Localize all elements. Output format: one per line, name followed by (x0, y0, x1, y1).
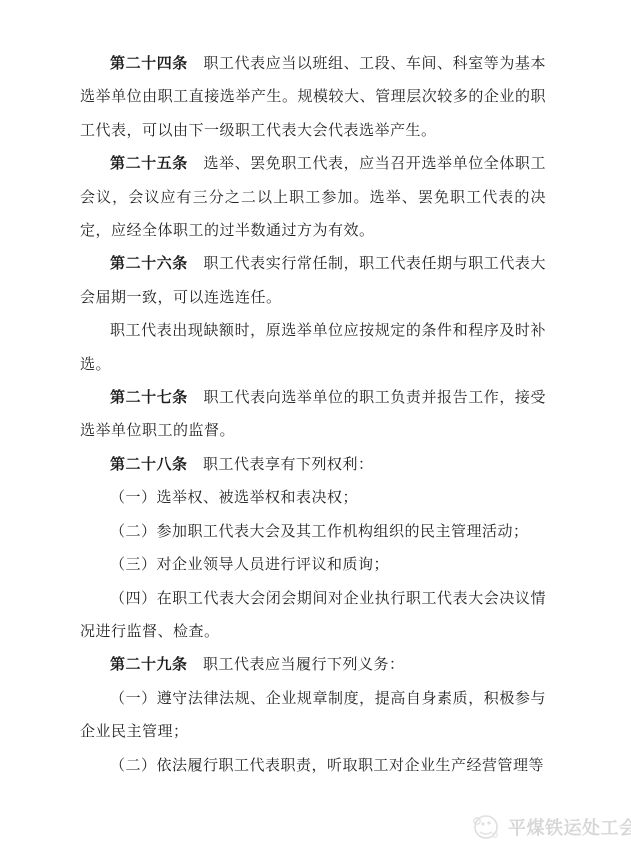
article-paragraph: 第二十六条 职工代表实行常任制，职工代表任期与职工代表大会届期一致，可以连选连任… (80, 248, 546, 315)
watermark: 平煤铁运处工会 (468, 810, 631, 844)
document-page: 第二十四条 职工代表应当以班组、工段、车间、科室等为基本选举单位由职工直接选举产… (0, 0, 631, 856)
paragraph: （二）依法履行职工代表职责，听取职工对企业生产经营管理等 (80, 750, 546, 783)
article-number: 第二十四条 (110, 56, 188, 72)
article-number: 第二十七条 (110, 390, 188, 406)
union-mascot-logo-icon (468, 810, 502, 844)
article-paragraph: 第二十八条 职工代表享有下列权利： (80, 449, 546, 482)
paragraph: 职工代表出现缺额时，原选举单位应按规定的条件和程序及时补选。 (80, 315, 546, 382)
article-paragraph: 第二十九条 职工代表应当履行下列义务： (80, 649, 546, 682)
article-number: 第二十五条 (110, 156, 188, 172)
article-paragraph: 第二十七条 职工代表向选举单位的职工负责并报告工作，接受选举单位职工的监督。 (80, 382, 546, 449)
paragraph: （一）选举权、被选举权和表决权； (80, 482, 546, 515)
article-number: 第二十九条 (110, 657, 188, 673)
paragraph: （一）遵守法律法规、企业规章制度，提高自身素质，积极参与企业民主管理； (80, 683, 546, 750)
paragraph: （二）参加职工代表大会及其工作机构组织的民主管理活动； (80, 516, 546, 549)
paragraph: （三）对企业领导人员进行评议和质询； (80, 549, 546, 582)
watermark-text: 平煤铁运处工会 (508, 814, 631, 840)
article-number: 第二十六条 (110, 256, 188, 272)
article-paragraph: 第二十五条 选举、罢免职工代表，应当召开选举单位全体职工会议，会议应有三分之二以… (80, 148, 546, 248)
paragraph: （四）在职工代表大会闭会期间对企业执行职工代表大会决议情况进行监督、检查。 (80, 583, 546, 650)
article-number: 第二十八条 (110, 457, 188, 473)
document-body: 第二十四条 职工代表应当以班组、工段、车间、科室等为基本选举单位由职工直接选举产… (80, 48, 546, 783)
article-paragraph: 第二十四条 职工代表应当以班组、工段、车间、科室等为基本选举单位由职工直接选举产… (80, 48, 546, 148)
